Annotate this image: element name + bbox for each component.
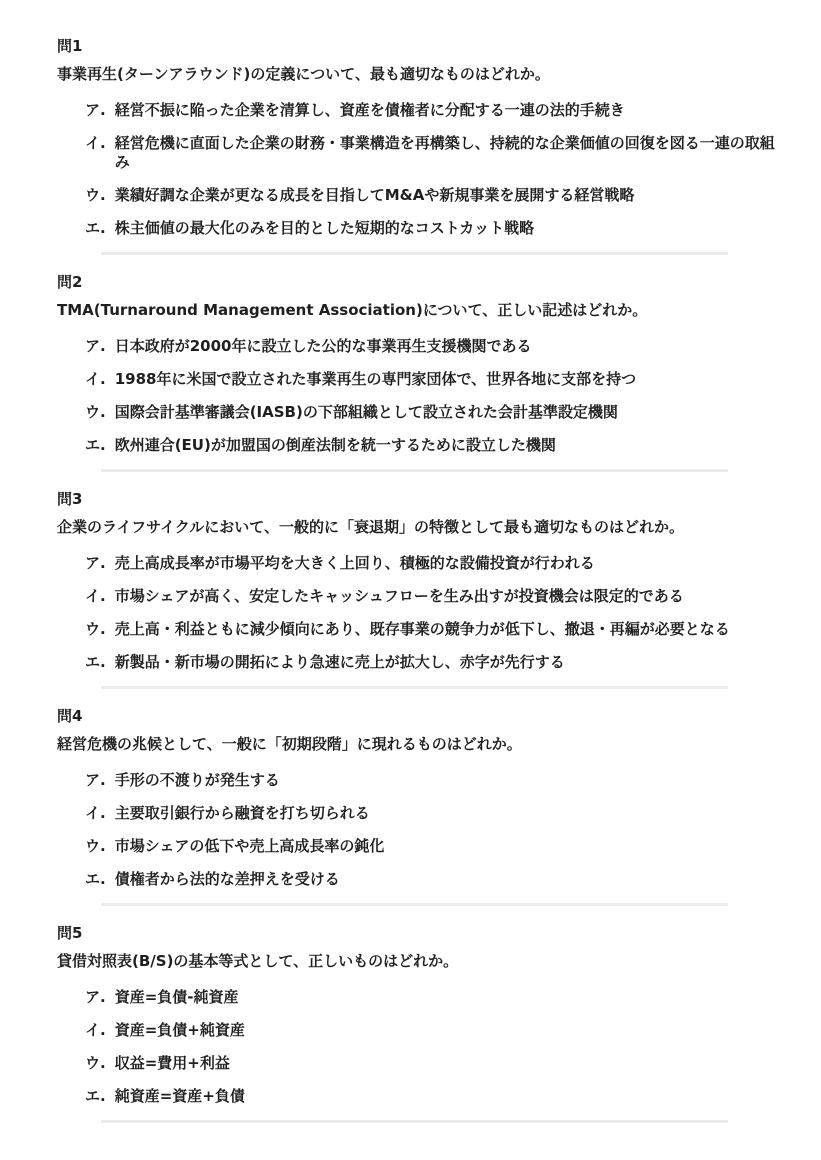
option-item: ア. 経営不振に陥った企業を清算し、資産を債権者に分配する一連の法的手続き (85, 101, 781, 120)
option-label: ウ. (85, 1054, 106, 1073)
option-label: ア. (85, 101, 106, 120)
option-text: 市場シェアが高く、安定したキャッシュフローを生み出すが投資機会は限定的である (115, 587, 781, 606)
question-block: 問3 企業のライフサイクルにおいて、一般的に「衰退期」の特徴として最も適切なもの… (57, 489, 781, 689)
option-text: 市場シェアの低下や売上高成長率の鈍化 (115, 837, 781, 856)
option-label: イ. (85, 587, 106, 606)
question-number: 問5 (57, 923, 781, 943)
option-item: ア. 資産=負債-純資産 (85, 988, 781, 1007)
options-list: ア. 日本政府が2000年に設立した公的な事業再生支援機関である イ. 1988… (57, 337, 781, 455)
option-text: 手形の不渡りが発生する (115, 771, 781, 790)
question-block: 問2 TMA(Turnaround Management Association… (57, 272, 781, 472)
option-text: 純資産=資産+負債 (115, 1087, 781, 1106)
question-text: 事業再生(ターンアラウンド)の定義について、最も適切なものはどれか。 (57, 64, 781, 85)
question-number: 問4 (57, 706, 781, 726)
options-list: ア. 手形の不渡りが発生する イ. 主要取引銀行から融資を打ち切られる ウ. 市… (57, 771, 781, 889)
option-label: ア. (85, 337, 106, 356)
options-list: ア. 売上高成長率が市場平均を大きく上回り、積極的な設備投資が行われる イ. 市… (57, 554, 781, 672)
question-number: 問3 (57, 489, 781, 509)
option-item: ウ. 収益=費用+利益 (85, 1054, 781, 1073)
question-text: 企業のライフサイクルにおいて、一般的に「衰退期」の特徴として最も適切なものはどれ… (57, 517, 781, 538)
option-item: エ. 欧州連合(EU)が加盟国の倒産法制を統一するために設立した機関 (85, 436, 781, 455)
quiz-document-page: 問1 事業再生(ターンアラウンド)の定義について、最も適切なものはどれか。 ア.… (0, 0, 821, 1160)
option-text: 新製品・新市場の開拓により急速に売上が拡大し、赤字が先行する (115, 653, 781, 672)
option-item: ウ. 業績好調な企業が更なる成長を目指してM&Aや新規事業を展開する経営戦略 (85, 186, 781, 205)
option-label: エ. (85, 219, 106, 238)
option-item: イ. 1988年に米国で設立された事業再生の専門家団体で、世界各地に支部を持つ (85, 370, 781, 389)
options-list: ア. 資産=負債-純資産 イ. 資産=負債+純資産 ウ. 収益=費用+利益 エ.… (57, 988, 781, 1106)
option-label: イ. (85, 804, 106, 823)
option-text: 株主価値の最大化のみを目的とした短期的なコストカット戦略 (115, 219, 781, 238)
option-item: ウ. 国際会計基準審議会(IASB)の下部組織として設立された会計基準設定機関 (85, 403, 781, 422)
option-item: エ. 債権者から法的な差押えを受ける (85, 870, 781, 889)
option-item: ア. 日本政府が2000年に設立した公的な事業再生支援機関である (85, 337, 781, 356)
options-list: ア. 経営不振に陥った企業を清算し、資産を債権者に分配する一連の法的手続き イ.… (57, 101, 781, 238)
option-text: 日本政府が2000年に設立した公的な事業再生支援機関である (115, 337, 781, 356)
question-text: 貸借対照表(B/S)の基本等式として、正しいものはどれか。 (57, 951, 781, 972)
option-item: ウ. 売上高・利益ともに減少傾向にあり、既存事業の競争力が低下し、撤退・再編が必… (85, 620, 781, 639)
option-text: 売上高成長率が市場平均を大きく上回り、積極的な設備投資が行われる (115, 554, 781, 573)
option-item: ア. 売上高成長率が市場平均を大きく上回り、積極的な設備投資が行われる (85, 554, 781, 573)
question-divider (101, 469, 728, 472)
option-text: 国際会計基準審議会(IASB)の下部組織として設立された会計基準設定機関 (115, 403, 781, 422)
question-block: 問1 事業再生(ターンアラウンド)の定義について、最も適切なものはどれか。 ア.… (57, 36, 781, 255)
option-text: 売上高・利益ともに減少傾向にあり、既存事業の競争力が低下し、撤退・再編が必要とな… (115, 620, 781, 639)
option-item: イ. 市場シェアが高く、安定したキャッシュフローを生み出すが投資機会は限定的であ… (85, 587, 781, 606)
question-block: 問5 貸借対照表(B/S)の基本等式として、正しいものはどれか。 ア. 資産=負… (57, 923, 781, 1123)
option-label: エ. (85, 1087, 106, 1106)
question-text: 経営危機の兆候として、一般に「初期段階」に現れるものはどれか。 (57, 734, 781, 755)
option-text: 債権者から法的な差押えを受ける (115, 870, 781, 889)
option-label: イ. (85, 134, 106, 172)
question-number: 問2 (57, 272, 781, 292)
option-label: ウ. (85, 403, 106, 422)
option-item: ウ. 市場シェアの低下や売上高成長率の鈍化 (85, 837, 781, 856)
option-item: エ. 新製品・新市場の開拓により急速に売上が拡大し、赤字が先行する (85, 653, 781, 672)
option-label: エ. (85, 653, 106, 672)
option-label: ウ. (85, 837, 106, 856)
option-item: イ. 資産=負債+純資産 (85, 1021, 781, 1040)
questions-container: 問1 事業再生(ターンアラウンド)の定義について、最も適切なものはどれか。 ア.… (57, 36, 781, 1123)
option-text: 経営危機に直面した企業の財務・事業構造を再構築し、持続的な企業価値の回復を図る一… (115, 134, 781, 172)
option-item: イ. 主要取引銀行から融資を打ち切られる (85, 804, 781, 823)
option-text: 経営不振に陥った企業を清算し、資産を債権者に分配する一連の法的手続き (115, 101, 781, 120)
option-label: エ. (85, 436, 106, 455)
option-text: 収益=費用+利益 (115, 1054, 781, 1073)
question-divider (101, 252, 728, 255)
question-number: 問1 (57, 36, 781, 56)
question-text: TMA(Turnaround Management Association)につ… (57, 300, 781, 321)
option-label: ウ. (85, 620, 106, 639)
option-item: イ. 経営危機に直面した企業の財務・事業構造を再構築し、持続的な企業価値の回復を… (85, 134, 781, 172)
option-text: 主要取引銀行から融資を打ち切られる (115, 804, 781, 823)
option-text: 欧州連合(EU)が加盟国の倒産法制を統一するために設立した機関 (115, 436, 781, 455)
question-divider (101, 686, 728, 689)
question-divider (101, 1120, 728, 1123)
option-text: 資産=負債+純資産 (115, 1021, 781, 1040)
question-divider (101, 903, 728, 906)
option-text: 業績好調な企業が更なる成長を目指してM&Aや新規事業を展開する経営戦略 (115, 186, 781, 205)
option-label: ア. (85, 988, 106, 1007)
option-label: イ. (85, 370, 106, 389)
option-item: エ. 純資産=資産+負債 (85, 1087, 781, 1106)
option-text: 1988年に米国で設立された事業再生の専門家団体で、世界各地に支部を持つ (115, 370, 781, 389)
option-label: エ. (85, 870, 106, 889)
option-text: 資産=負債-純資産 (115, 988, 781, 1007)
option-item: ア. 手形の不渡りが発生する (85, 771, 781, 790)
option-label: ウ. (85, 186, 106, 205)
option-label: イ. (85, 1021, 106, 1040)
option-label: ア. (85, 554, 106, 573)
option-item: エ. 株主価値の最大化のみを目的とした短期的なコストカット戦略 (85, 219, 781, 238)
question-block: 問4 経営危機の兆候として、一般に「初期段階」に現れるものはどれか。 ア. 手形… (57, 706, 781, 906)
option-label: ア. (85, 771, 106, 790)
